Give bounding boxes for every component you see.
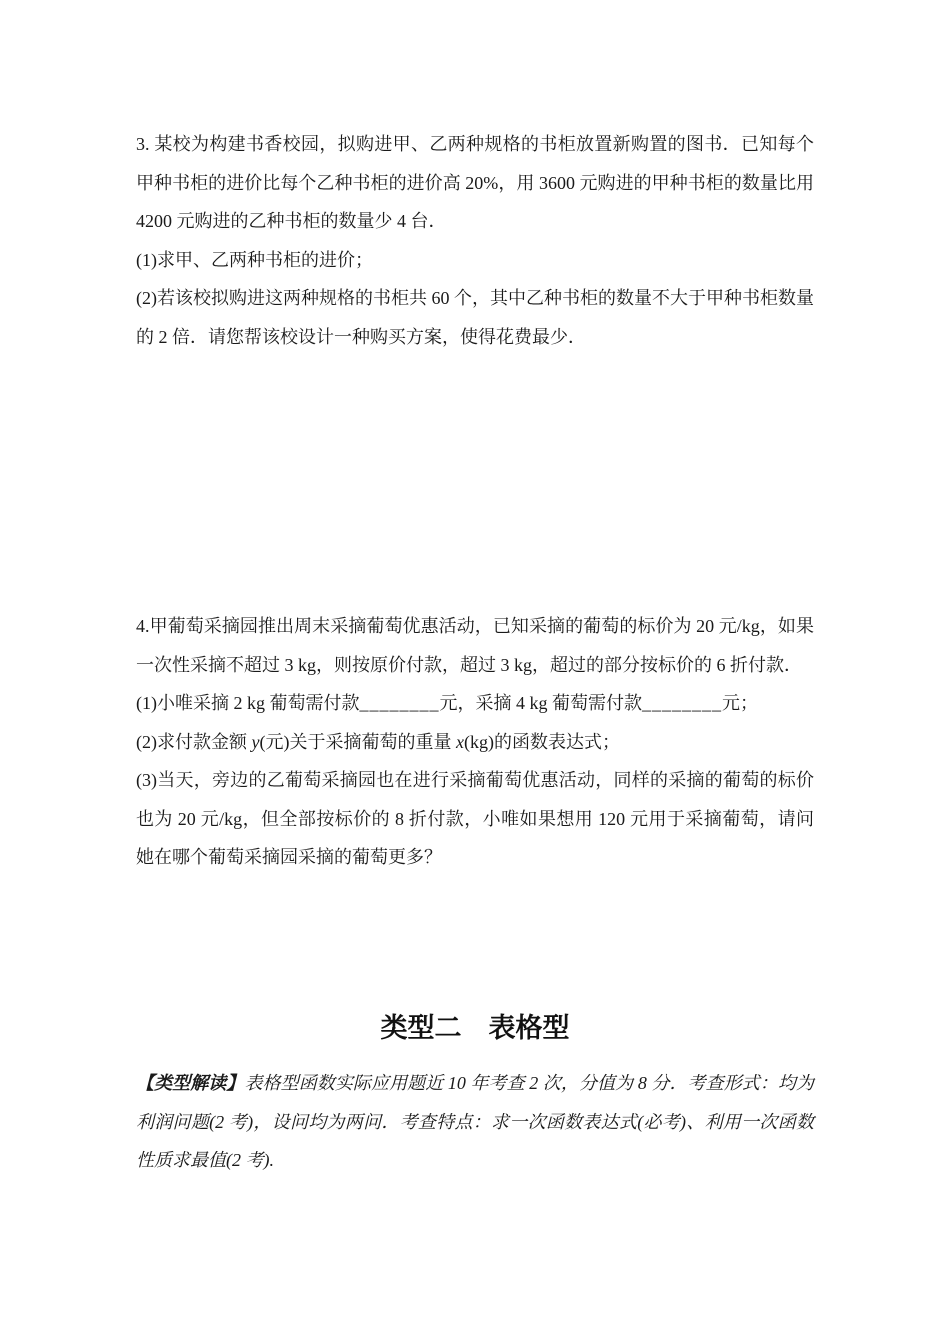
problem-4-part2-text: (元)关于采摘葡萄的重量 [260,732,457,752]
math-variable-y: y [252,732,260,752]
problem-3-body: 3. 某校为构建书香校园，拟购进甲、乙两种规格的书柜放置新购置的图书．已知每个甲… [136,125,814,241]
problem-4-part1-text: 元； [722,693,758,713]
section-intro-paragraph: 【类型解读】表格型函数实际应用题近 10 年考查 2 次，分值为 8 分．考查形… [136,1064,814,1180]
problem-3-part2: (2)若该校拟购进这两种规格的书柜共 60 个，其中乙种书柜的数量不大于甲种书柜… [136,279,814,356]
problem-4-part1-text: 元，采摘 4 kg 葡萄需付款 [440,693,643,713]
problem-4-part2: (2)求付款金额 y(元)关于采摘葡萄的重量 x(kg)的函数表达式； [136,723,814,762]
problem-4-part2-text: (kg)的函数表达式； [464,732,620,752]
problem-4-part3: (3)当天，旁边的乙葡萄采摘园也在进行采摘葡萄优惠活动，同样的采摘的葡萄的标价也… [136,761,814,877]
problem-4-part2-text: (2)求付款金额 [136,732,252,752]
worksheet-page: 3. 某校为构建书香校园，拟购进甲、乙两种规格的书柜放置新购置的图书．已知每个甲… [0,0,950,1344]
problem-4-body: 4.甲葡萄采摘园推出周末采摘葡萄优惠活动，已知采摘的葡萄的标价为 20 元/kg… [136,607,814,684]
math-variable-x: x [456,732,464,752]
answer-blank: ________ [642,693,722,713]
problem-4-part1-text: (1)小唯采摘 2 kg 葡萄需付款 [136,693,360,713]
problem-3-part1: (1)求甲、乙两种书柜的进价； [136,241,814,280]
problem-3: 3. 某校为构建书香校园，拟购进甲、乙两种规格的书柜放置新购置的图书．已知每个甲… [136,125,814,356]
problem-4-part1: (1)小唯采摘 2 kg 葡萄需付款________元，采摘 4 kg 葡萄需付… [136,684,814,723]
section-intro-label: 【类型解读】 [136,1073,244,1093]
problem-4: 4.甲葡萄采摘园推出周末采摘葡萄优惠活动，已知采摘的葡萄的标价为 20 元/kg… [136,607,814,877]
answer-space-problem-3 [136,365,814,600]
section-title: 类型二 表格型 [136,1012,814,1044]
section-intro: 【类型解读】表格型函数实际应用题近 10 年考查 2 次，分值为 8 分．考查形… [136,1064,814,1180]
answer-blank: ________ [360,693,440,713]
